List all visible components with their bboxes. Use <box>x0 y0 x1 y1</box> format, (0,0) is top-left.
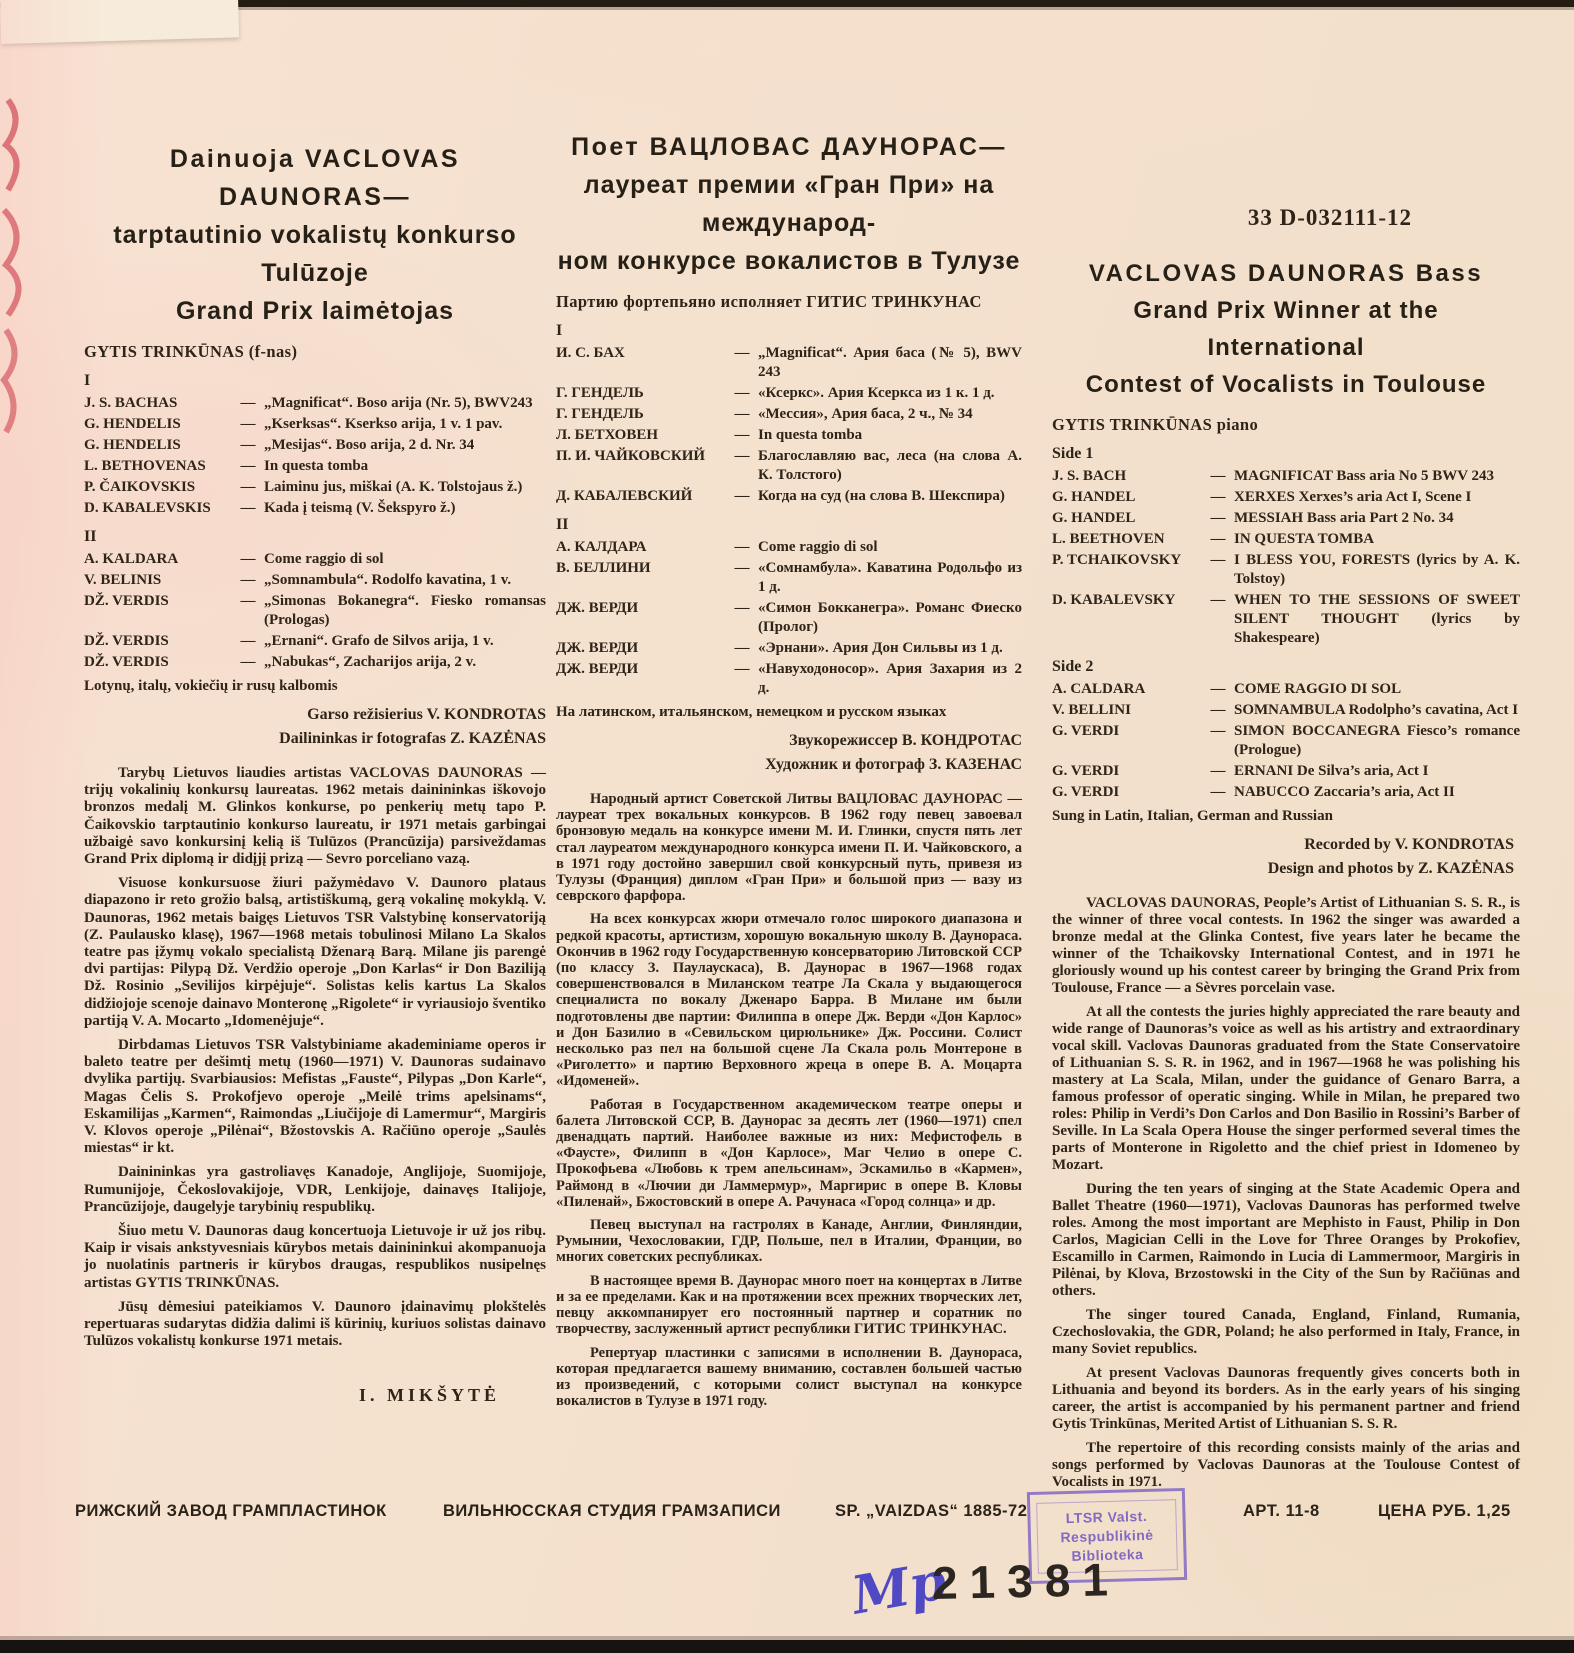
en-side2-label: Side 2 <box>1052 658 1520 676</box>
track-description: XERXES Xerxes’s aria Act I, Scene I <box>1234 488 1520 507</box>
dash-separator: — <box>232 436 264 455</box>
en-sound-engineer-credit: Recorded by V. KONDROTAS <box>1052 833 1514 857</box>
record-back-cover: { "catalog_number": "33 D-032111-12", "l… <box>0 0 1574 1653</box>
composer-name: J. S. BACHAS <box>84 394 232 413</box>
dash-separator: — <box>1202 551 1234 589</box>
liner-notes-paragraph: Jūsų dėmesiui pateikiamos V. Daunoro įda… <box>84 1299 546 1351</box>
track-row: ДЖ. ВЕРДИ — «Эрнани». Ария Дон Сильвы из… <box>556 639 1022 658</box>
composer-name: G. HANDEL <box>1052 509 1202 528</box>
ru-title-line-2: лауреат премии «Гран При» на международ- <box>556 166 1022 242</box>
lt-languages-note: Lotynų, italų, vokiečių ir rusų kalbomis <box>84 678 546 695</box>
composer-name: A. KALDARA <box>84 550 232 569</box>
composer-name: DŽ. VERDIS <box>84 653 232 672</box>
dash-separator: — <box>726 405 758 424</box>
liner-notes-paragraph: During the ten years of singing at the S… <box>1052 1181 1520 1300</box>
track-description: „Kserksas“. Kserkso arija, 1 v. 1 pav. <box>264 415 546 434</box>
track-row: G. HENDELIS — „Kserksas“. Kserkso arija,… <box>84 415 546 434</box>
track-row: P. ČAIKOVSKIS — Laiminu jus, miškai (A. … <box>84 478 546 497</box>
lt-pianist-credit: GYTIS TRINKŪNAS (f-nas) <box>84 342 546 362</box>
ru-title-line-1: Поет ВАЦЛОВАС ДАУНОРАС— <box>556 128 1022 166</box>
ru-side1-label: I <box>556 322 1022 340</box>
dash-separator: — <box>232 632 264 651</box>
composer-name: G. HENDELIS <box>84 436 232 455</box>
dash-separator: — <box>726 639 758 658</box>
dash-separator: — <box>726 426 758 445</box>
composer-name: П. И. ЧАЙКОВСКИЙ <box>556 447 726 485</box>
track-row: G. VERDI — NABUCCO Zaccaria’s aria, Act … <box>1052 783 1520 802</box>
dash-separator: — <box>232 415 264 434</box>
track-description: Laiminu jus, miškai (A. K. Tolstojaus ž.… <box>264 478 546 497</box>
track-row: L. BETHOVENAS — In questa tomba <box>84 457 546 476</box>
track-description: ERNANI De Silva’s aria, Act I <box>1234 762 1520 781</box>
track-row: G. HENDELIS — „Mesijas“. Boso arija, 2 d… <box>84 436 546 455</box>
track-description: Благославляю вас, леса (на слова А. К. Т… <box>758 447 1022 485</box>
track-description: MESSIAH Bass aria Part 2 No. 34 <box>1234 509 1520 528</box>
dash-separator: — <box>1202 530 1234 549</box>
track-row: D. KABALEVSKIS — Kada į teismą (V. Šeksp… <box>84 499 546 518</box>
liner-notes-paragraph: The repertoire of this recording consist… <box>1052 1440 1520 1491</box>
track-row: В. БЕЛЛИНИ — «Сомнамбула». Каватина Родо… <box>556 559 1022 597</box>
lt-side1-tracklist: J. S. BACHAS — „Magnificat“. Boso arija … <box>84 394 546 518</box>
ru-title-line-3: ном конкурсе вокалистов в Тулузе <box>556 242 1022 280</box>
liner-notes-paragraph: Певец выступал на гастролях в Канаде, Ан… <box>556 1217 1022 1266</box>
composer-name: ДЖ. ВЕРДИ <box>556 599 726 637</box>
dash-separator: — <box>1202 509 1234 528</box>
dash-separator: — <box>726 538 758 557</box>
en-credits: Recorded by V. KONDROTAS Design and phot… <box>1052 833 1520 881</box>
en-liner-notes: VACLOVAS DAUNORAS, People’s Artist of Li… <box>1052 895 1520 1491</box>
dash-separator: — <box>726 487 758 506</box>
en-title-line-2: Grand Prix Winner at the International <box>1052 292 1520 366</box>
track-description: «Ксеркс». Ария Ксеркса из 1 к. 1 д. <box>758 384 1022 403</box>
track-row: DŽ. VERDIS — „Simonas Bokanegra“. Fiesko… <box>84 592 546 630</box>
composer-name: P. TCHAIKOVSKY <box>1052 551 1202 589</box>
track-description: COME RAGGIO DI SOL <box>1234 680 1520 699</box>
track-row: A. KALDARA — Come raggio di sol <box>84 550 546 569</box>
lt-credits: Garso režisierius V. KONDROTAS Dailinink… <box>84 703 546 751</box>
lt-title-line-1: Dainuoja VACLOVAS DAUNORAS— <box>84 140 546 216</box>
track-description: „Somnambula“. Rodolfo kavatina, 1 v. <box>264 571 546 590</box>
en-pianist-credit: GYTIS TRINKŪNAS piano <box>1052 415 1520 435</box>
composer-name: В. БЕЛЛИНИ <box>556 559 726 597</box>
track-description: MAGNIFICAT Bass aria No 5 BWV 243 <box>1234 467 1520 486</box>
track-row: Л. БЕТХОВЕН — In questa tomba <box>556 426 1022 445</box>
track-description: «Сомнамбула». Каватина Родольфо из 1 д. <box>758 559 1022 597</box>
dash-separator: — <box>1202 680 1234 699</box>
track-row: V. BELINIS — „Somnambula“. Rodolfo kavat… <box>84 571 546 590</box>
track-description: „Magnificat“. Ария баса (№ 5), BWV 243 <box>758 344 1022 382</box>
track-description: WHEN TO THE SESSIONS OF SWEET SILENT THO… <box>1234 591 1520 648</box>
track-description: «Эрнани». Ария Дон Сильвы из 1 д. <box>758 639 1022 658</box>
track-row: G. VERDI — ERNANI De Silva’s aria, Act I <box>1052 762 1520 781</box>
track-row: A. CALDARA — COME RAGGIO DI SOL <box>1052 680 1520 699</box>
ru-side2-label: II <box>556 516 1022 534</box>
track-description: IN QUESTA TOMBA <box>1234 530 1520 549</box>
dash-separator: — <box>1202 701 1234 720</box>
dash-separator: — <box>232 653 264 672</box>
composer-name: Г. ГЕНДЕЛЬ <box>556 384 726 403</box>
dash-separator: — <box>1202 762 1234 781</box>
track-description: „Ernani“. Grafo de Silvos arija, 1 v. <box>264 632 546 651</box>
en-languages-note: Sung in Latin, Italian, German and Russi… <box>1052 808 1520 825</box>
liner-notes-paragraph: Visuose konkursuose žiuri pažymėdavo V. … <box>84 875 546 1030</box>
track-row: P. TCHAIKOVSKY — I BLESS YOU, FORESTS (l… <box>1052 551 1520 589</box>
track-row: D. KABALEVSKY — WHEN TO THE SESSIONS OF … <box>1052 591 1520 648</box>
red-handwriting-mark <box>0 60 54 440</box>
english-column: 33 D-032111-12 VACLOVAS DAUNORAS Bass Gr… <box>1052 205 1520 1498</box>
dash-separator: — <box>726 660 758 698</box>
track-description: Kada į teismą (V. Šekspyro ž.) <box>264 499 546 518</box>
track-row: V. BELLINI — SOMNAMBULA Rodolpho’s cavat… <box>1052 701 1520 720</box>
track-description: „Mesijas“. Boso arija, 2 d. Nr. 34 <box>264 436 546 455</box>
en-title-line-1: VACLOVAS DAUNORAS Bass <box>1052 255 1520 292</box>
en-side2-tracklist: A. CALDARA — COME RAGGIO DI SOL V. BELLI… <box>1052 680 1520 802</box>
composer-name: G. VERDI <box>1052 762 1202 781</box>
track-description: „Nabukas“, Zacharijos arija, 2 v. <box>264 653 546 672</box>
track-row: G. VERDI — SIMON BOCCANEGRA Fiesco’s rom… <box>1052 722 1520 760</box>
en-album-title: VACLOVAS DAUNORAS Bass Grand Prix Winner… <box>1052 255 1520 403</box>
track-description: «Симон Бокканегра». Романс Фиеско (Проло… <box>758 599 1022 637</box>
composer-name: ДЖ. ВЕРДИ <box>556 639 726 658</box>
track-description: „Magnificat“. Boso arija (Nr. 5), BWV243 <box>264 394 546 413</box>
composer-name: J. S. BACH <box>1052 467 1202 486</box>
dash-separator: — <box>1202 467 1234 486</box>
liner-notes-paragraph: The singer toured Canada, England, Finla… <box>1052 1307 1520 1358</box>
liner-notes-paragraph: At present Vaclovas Daunoras frequently … <box>1052 1365 1520 1433</box>
dash-separator: — <box>726 599 758 637</box>
track-row: J. S. BACH — MAGNIFICAT Bass aria No 5 B… <box>1052 467 1520 486</box>
composer-name: D. KABALEVSKY <box>1052 591 1202 648</box>
pressing-plant-credit: РИЖСКИЙ ЗАВОД ГРАМПЛАСТИНОК <box>75 1502 387 1521</box>
composer-name: V. BELLINI <box>1052 701 1202 720</box>
article-number: АРТ. 11-8 <box>1243 1502 1320 1521</box>
track-description: SOMNAMBULA Rodolpho’s cavatina, Act I <box>1234 701 1520 720</box>
lt-title-line-2: tarptautinio vokalistų konkurso Tulūzoje <box>84 216 546 292</box>
track-description: I BLESS YOU, FORESTS (lyrics by A. K. To… <box>1234 551 1520 589</box>
dash-separator: — <box>726 559 758 597</box>
liner-notes-paragraph: VACLOVAS DAUNORAS, People’s Artist of Li… <box>1052 895 1520 997</box>
track-description: In questa tomba <box>758 426 1022 445</box>
ru-designer-credit: Художник и фотограф З. КАЗЕНАС <box>556 753 1022 777</box>
lt-designer-credit: Dailininkas ir fotografas Z. KAZĖNAS <box>84 727 546 751</box>
track-row: L. BEETHOVEN — IN QUESTA TOMBA <box>1052 530 1520 549</box>
dash-separator: — <box>726 384 758 403</box>
liner-notes-paragraph: At all the contests the juries highly ap… <box>1052 1004 1520 1174</box>
bottom-edge-shadow <box>0 1640 1574 1653</box>
price-label: ЦЕНА РУБ. 1,25 <box>1378 1502 1511 1521</box>
composer-name: Л. БЕТХОВЕН <box>556 426 726 445</box>
en-side1-label: Side 1 <box>1052 445 1520 463</box>
track-row: ДЖ. ВЕРДИ — «Навуходоносор». Ария Захари… <box>556 660 1022 698</box>
track-description: „Simonas Bokanegra“. Fiesko romansas (Pr… <box>264 592 546 630</box>
composer-name: ДЖ. ВЕРДИ <box>556 660 726 698</box>
en-title-line-3: Contest of Vocalists in Toulouse <box>1052 366 1520 403</box>
composer-name: A. CALDARA <box>1052 680 1202 699</box>
dash-separator: — <box>1202 783 1234 802</box>
track-description: Когда на суд (на слова В. Шекспира) <box>758 487 1022 506</box>
lt-title-line-3: Grand Prix laimėtojas <box>84 292 546 330</box>
composer-name: И. С. БАХ <box>556 344 726 382</box>
composer-name: V. BELINIS <box>84 571 232 590</box>
track-description: Come raggio di sol <box>758 538 1022 557</box>
lt-side2-tracklist: A. KALDARA — Come raggio di sol V. BELIN… <box>84 550 546 672</box>
lt-liner-notes: Tarybų Lietuvos liaudies artistas VACLOV… <box>84 765 546 1351</box>
liner-notes-paragraph: Работая в Государственном академическом … <box>556 1097 1022 1210</box>
track-description: SIMON BOCCANEGRA Fiesco’s romance (Prolo… <box>1234 722 1520 760</box>
dash-separator: — <box>232 550 264 569</box>
composer-name: Г. ГЕНДЕЛЬ <box>556 405 726 424</box>
composer-name: DŽ. VERDIS <box>84 592 232 630</box>
dash-separator: — <box>726 344 758 382</box>
torn-paper-corner <box>0 0 239 44</box>
dash-separator: — <box>232 592 264 630</box>
lt-side1-label: I <box>84 372 546 390</box>
track-row: Д. КАБАЛЕВСКИЙ — Когда на суд (на слова … <box>556 487 1022 506</box>
liner-notes-paragraph: Šiuo metu V. Daunoras daug koncertuoja L… <box>84 1223 546 1292</box>
liner-notes-paragraph: В настоящее время В. Даунорас много поет… <box>556 1273 1022 1338</box>
track-row: DŽ. VERDIS — „Nabukas“, Zacharijos arija… <box>84 653 546 672</box>
dash-separator: — <box>1202 722 1234 760</box>
track-row: DŽ. VERDIS — „Ernani“. Grafo de Silvos a… <box>84 632 546 651</box>
recording-studio-credit: ВИЛЬНЮССКАЯ СТУДИЯ ГРАМЗАПИСИ <box>443 1502 781 1521</box>
annotator-signature: I. MIKŠYTĖ <box>84 1385 546 1406</box>
composer-name: G. VERDI <box>1052 783 1202 802</box>
liner-notes-paragraph: На всех конкурсах жюри отмечало голос ши… <box>556 911 1022 1089</box>
liner-notes-paragraph: Народный артист Советской Литвы ВАЦЛОВАС… <box>556 791 1022 904</box>
ru-pianist-credit: Партию фортепьяно исполняет ГИТИС ТРИНКУ… <box>556 292 1022 312</box>
dash-separator: — <box>726 447 758 485</box>
dash-separator: — <box>232 457 264 476</box>
track-row: И. С. БАХ — „Magnificat“. Ария баса (№ 5… <box>556 344 1022 382</box>
ru-liner-notes: Народный артист Советской Литвы ВАЦЛОВАС… <box>556 791 1022 1409</box>
liner-notes-paragraph: Репертуар пластинки с записями в исполне… <box>556 1345 1022 1410</box>
lt-side2-label: II <box>84 528 546 546</box>
ru-side2-tracklist: А. КАЛДАРА — Come raggio di sol В. БЕЛЛИ… <box>556 538 1022 698</box>
liner-notes-paragraph: Tarybų Lietuvos liaudies artistas VACLOV… <box>84 765 546 868</box>
composer-name: G. VERDI <box>1052 722 1202 760</box>
track-description: In questa tomba <box>264 457 546 476</box>
composer-name: А. КАЛДАРА <box>556 538 726 557</box>
ru-languages-note: На латинском, итальянском, немецком и ру… <box>556 704 1022 721</box>
track-row: G. HANDEL — MESSIAH Bass aria Part 2 No.… <box>1052 509 1520 528</box>
composer-name: P. ČAIKOVSKIS <box>84 478 232 497</box>
library-stamp-line-2: Respublikinė <box>1048 1525 1166 1547</box>
dash-separator: — <box>1202 591 1234 648</box>
track-row: Г. ГЕНДЕЛЬ — «Ксеркс». Ария Ксеркса из 1… <box>556 384 1022 403</box>
track-description: Come raggio di sol <box>264 550 546 569</box>
track-description: «Навуходоносор». Ария Захария из 2 д. <box>758 660 1022 698</box>
composer-name: L. BEETHOVEN <box>1052 530 1202 549</box>
composer-name: G. HENDELIS <box>84 415 232 434</box>
inventory-number-stamp: 21381 <box>931 1552 1120 1610</box>
track-row: Г. ГЕНДЕЛЬ — «Мессия», Ария баса, 2 ч., … <box>556 405 1022 424</box>
en-side1-tracklist: J. S. BACH — MAGNIFICAT Bass aria No 5 B… <box>1052 467 1520 648</box>
lt-album-title: Dainuoja VACLOVAS DAUNORAS— tarptautinio… <box>84 140 546 330</box>
ru-credits: Звукорежиссер В. КОНДРОТАС Художник и фо… <box>556 729 1022 777</box>
composer-name: DŽ. VERDIS <box>84 632 232 651</box>
ru-side1-tracklist: И. С. БАХ — „Magnificat“. Ария баса (№ 5… <box>556 344 1022 506</box>
dash-separator: — <box>232 478 264 497</box>
ru-album-title: Поет ВАЦЛОВАС ДАУНОРАС— лауреат премии «… <box>556 128 1022 280</box>
en-designer-credit: Design and photos by Z. KAZĖNAS <box>1052 857 1514 881</box>
composer-name: L. BETHOVENAS <box>84 457 232 476</box>
dash-separator: — <box>232 499 264 518</box>
composer-name: Д. КАБАЛЕВСКИЙ <box>556 487 726 506</box>
liner-notes-paragraph: Dainininkas yra gastroliavęs Kanadoje, A… <box>84 1164 546 1216</box>
track-description: NABUCCO Zaccaria’s aria, Act II <box>1234 783 1520 802</box>
ru-sound-engineer-credit: Звукорежиссер В. КОНДРОТАС <box>556 729 1022 753</box>
dash-separator: — <box>232 571 264 590</box>
track-row: G. HANDEL — XERXES Xerxes’s aria Act I, … <box>1052 488 1520 507</box>
printer-credit: SP. „VAIZDAS“ 1885-72 <box>835 1502 1027 1521</box>
lt-sound-engineer-credit: Garso režisierius V. KONDROTAS <box>84 703 546 727</box>
track-row: ДЖ. ВЕРДИ — «Симон Бокканегра». Романс Ф… <box>556 599 1022 637</box>
bottom-edge-shadow-soft <box>0 1636 1574 1640</box>
russian-column: Поет ВАЦЛОВАС ДАУНОРАС— лауреат премии «… <box>556 128 1022 1416</box>
track-description: «Мессия», Ария баса, 2 ч., № 34 <box>758 405 1022 424</box>
track-row: А. КАЛДАРА — Come raggio di sol <box>556 538 1022 557</box>
composer-name: D. KABALEVSKIS <box>84 499 232 518</box>
dash-separator: — <box>1202 488 1234 507</box>
track-row: П. И. ЧАЙКОВСКИЙ — Благославляю вас, лес… <box>556 447 1022 485</box>
dash-separator: — <box>232 394 264 413</box>
composer-name: G. HANDEL <box>1052 488 1202 507</box>
catalog-number: 33 D-032111-12 <box>1052 205 1520 231</box>
lithuanian-column: Dainuoja VACLOVAS DAUNORAS— tarptautinio… <box>84 140 546 1406</box>
track-row: J. S. BACHAS — „Magnificat“. Boso arija … <box>84 394 546 413</box>
liner-notes-paragraph: Dirbdamas Lietuvos TSR Valstybiniame aka… <box>84 1037 546 1157</box>
